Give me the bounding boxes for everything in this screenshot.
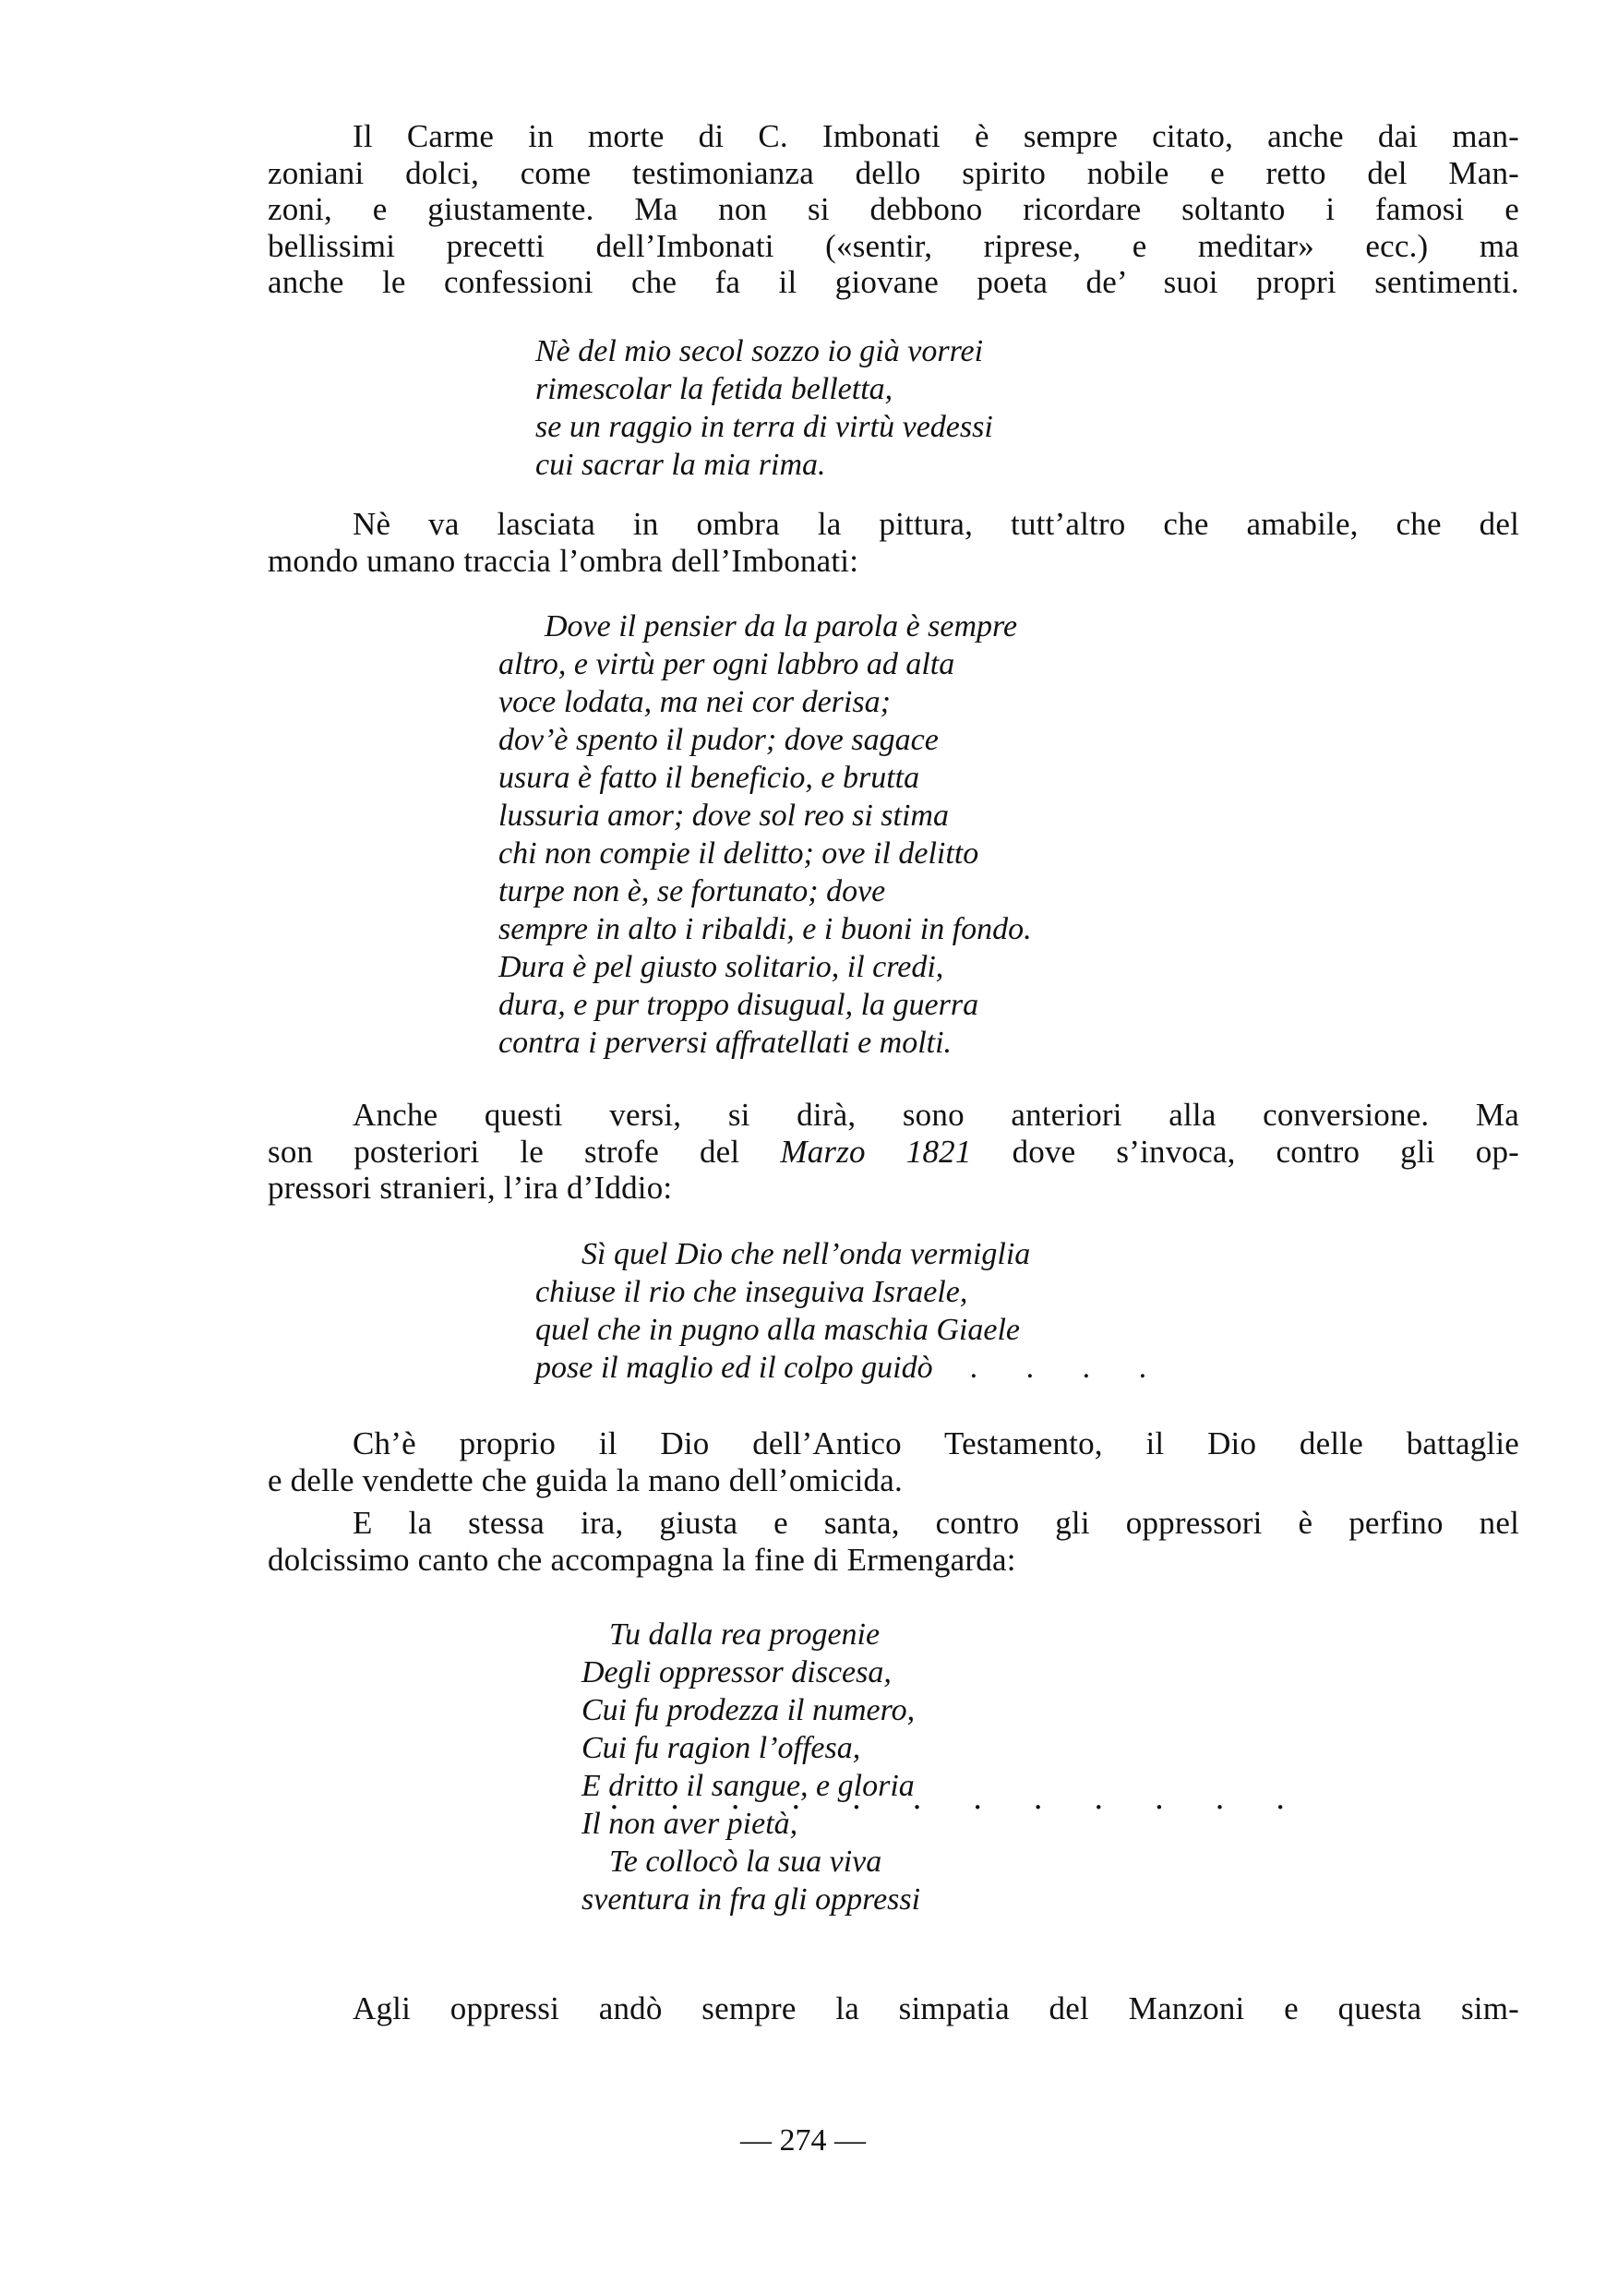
text-line: Il Carme in morte di C. Imbonati è sempr…	[268, 118, 1519, 155]
text-line: Agli oppressi andò sempre la simpatia de…	[268, 1990, 1519, 2027]
text-line: pressori stranieri, l’ira d’Iddio:	[268, 1170, 1519, 1207]
verse-line: sempre in alto i ribaldi, e i buoni in f…	[498, 910, 1032, 948]
text-line: E la stessa ira, giusta e santa, contro …	[268, 1505, 1519, 1542]
text-line: mondo umano traccia l’ombra dell’Imbonat…	[268, 543, 1519, 580]
verse-line: Tu dalla rea progenie	[581, 1616, 920, 1653]
paragraph-oppressi: Agli oppressi andò sempre la simpatia de…	[268, 1990, 1519, 2027]
text-line: son posteriori le strofe del Marzo 1821 …	[268, 1134, 1519, 1171]
verse-line: contra i perversi affratellati e molti.	[498, 1024, 1032, 1062]
text-line: zoniani dolci, come testimonianza dello …	[268, 155, 1519, 192]
verse-text: pose il maglio ed il colpo guidò	[535, 1351, 933, 1385]
verse-line: Cui fu prodezza il numero,	[581, 1691, 920, 1729]
page-number: — 274 —	[0, 2123, 1606, 2158]
verse-line: sventura in fra gli oppressi	[581, 1881, 920, 1918]
text-line: zoni, e giustamente. Ma non si debbono r…	[268, 191, 1519, 228]
verse-line: voce lodata, ma nei cor derisa;	[498, 683, 1032, 721]
verse-line: altro, e virtù per ogni labbro ad alta	[498, 645, 1032, 683]
verse-line: dura, e pur troppo disugual, la guerra	[498, 986, 1032, 1024]
verse-line: turpe non è, se fortunato; dove	[498, 872, 1032, 910]
paragraph-ermengarda: E la stessa ira, giusta e santa, contro …	[268, 1505, 1519, 1578]
verse-line: dov’è spento il pudor; dove sagace	[498, 721, 1032, 759]
paragraph-marzo-1821: Anche questi versi, si dirà, sono anteri…	[268, 1097, 1519, 1207]
text-line: bellissimi precetti dell’Imbonati («sent…	[268, 228, 1519, 265]
text-line: Ch’è proprio il Dio dell’Antico Testamen…	[268, 1425, 1519, 1462]
paragraph-carme-imbonati: Il Carme in morte di C. Imbonati è sempr…	[268, 118, 1519, 301]
verse-line: se un raggio in terra di virtù vedessi	[535, 408, 993, 446]
verse-line: Nè del mio secol sozzo io già vorrei	[535, 332, 993, 370]
verse-line: Cui fu ragion l’offesa,	[581, 1729, 920, 1767]
text-segment: son posteriori le strofe del	[268, 1134, 780, 1170]
verse-line: usura è fatto il beneficio, e brutta	[498, 759, 1032, 797]
verse-line: quel che in pugno alla maschia Giaele	[535, 1311, 1167, 1349]
text-line: e delle vendette che guida la mano dell’…	[268, 1462, 1519, 1499]
paragraph-dio-antico-testamento: Ch’è proprio il Dio dell’Antico Testamen…	[268, 1425, 1519, 1498]
verse-line: Te collocò la sua viva	[581, 1843, 920, 1881]
verse-line: pose il maglio ed il colpo guidò. . . .	[535, 1349, 1167, 1387]
text-segment: dove s’invoca, contro gli op-	[972, 1134, 1519, 1170]
verse-line: chiuse il rio che inseguiva Israele,	[535, 1273, 1167, 1311]
verse-line: lussuria amor; dove sol reo si stima	[498, 797, 1032, 835]
verse-quote-imbonati: Dove il pensier da la parola è sempre al…	[498, 607, 1032, 1062]
verse-line: Dura è pel giusto solitario, il credi,	[498, 948, 1032, 986]
text-line: anche le confessioni che fa il giovane p…	[268, 264, 1519, 301]
verse-quote-ermengarda: Tu dalla rea progenie Degli oppressor di…	[581, 1616, 920, 1918]
text-line: Nè va lasciata in ombra la pittura, tutt…	[268, 506, 1519, 543]
ellipsis-dots: . . . .	[970, 1351, 1168, 1385]
verse-quote-secol-sozzo: Nè del mio secol sozzo io già vorrei rim…	[535, 332, 993, 484]
text-line: Anche questi versi, si dirà, sono anteri…	[268, 1097, 1519, 1134]
verse-line: Degli oppressor discesa,	[581, 1653, 920, 1691]
work-title-italic: Marzo 1821	[780, 1134, 971, 1170]
verse-line: rimescolar la fetida belletta,	[535, 370, 993, 408]
omission-dots: . . . . . . . . . . . .	[609, 1780, 1306, 1817]
paragraph-pittura: Nè va lasciata in ombra la pittura, tutt…	[268, 506, 1519, 579]
verse-line: Dove il pensier da la parola è sempre	[498, 607, 1032, 645]
verse-line: Sì quel Dio che nell’onda vermiglia	[535, 1235, 1167, 1273]
verse-quote-marzo-1821: Sì quel Dio che nell’onda vermiglia chiu…	[535, 1235, 1167, 1387]
verse-line: cui sacrar la mia rima.	[535, 446, 993, 484]
text-line: dolcissimo canto che accompagna la fine …	[268, 1542, 1519, 1579]
verse-line: chi non compie il delitto; ove il delitt…	[498, 835, 1032, 872]
